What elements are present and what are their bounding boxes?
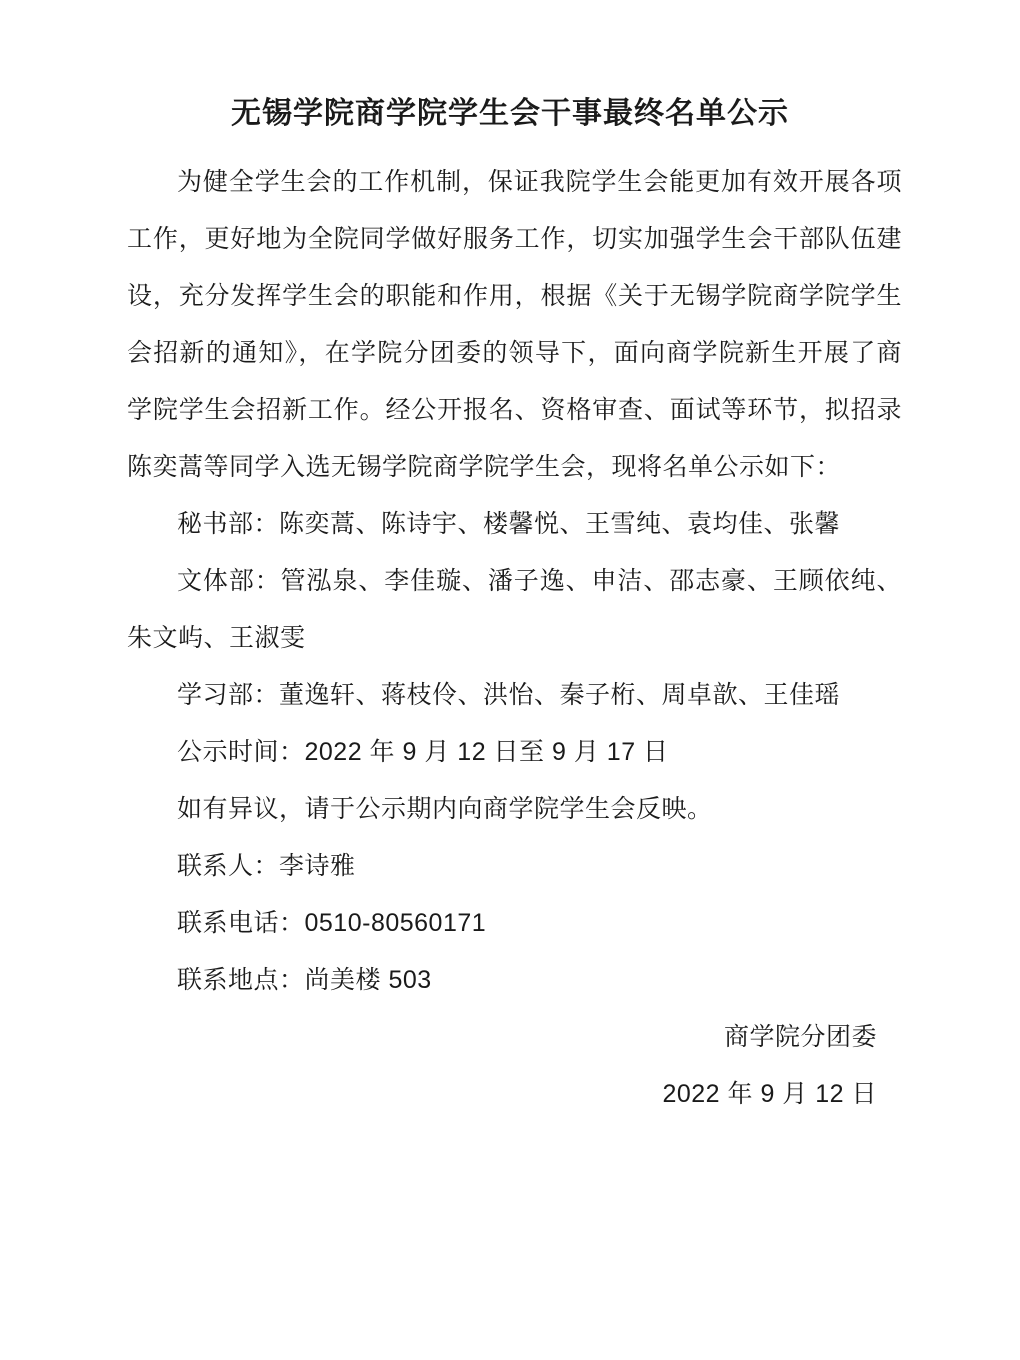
roster-culture-dept-line-2: 朱文屿、王淑雯 — [127, 610, 902, 667]
contact-location-line: 联系地点：尚美楼 503 — [127, 952, 902, 1009]
announcement-document: 无锡学院商学院学生会干事最终名单公示 为健全学生会的工作机制，保证我院学生会能更… — [0, 0, 1020, 1360]
intro-line-1: 为健全学生会的工作机制，保证我院学生会能更加有效开展各项 — [127, 154, 902, 211]
intro-line-3: 设，充分发挥学生会的职能和作用，根据《关于无锡学院商学院学生 — [127, 268, 902, 325]
objection-note-line: 如有异议，请于公示期内向商学院学生会反映。 — [127, 781, 902, 838]
signature-date: 2022 年 9 月 12 日 — [127, 1066, 902, 1123]
intro-line-2: 工作，更好地为全院同学做好服务工作，切实加强学生会干部队伍建 — [127, 211, 902, 268]
contact-phone-line: 联系电话：0510-80560171 — [127, 895, 902, 952]
roster-secretary-dept-line: 秘书部：陈奕蒿、陈诗宇、楼馨悦、王雪纯、袁均佳、张馨 — [127, 496, 902, 553]
document-body: 为健全学生会的工作机制，保证我院学生会能更加有效开展各项 工作，更好地为全院同学… — [0, 154, 1020, 1123]
intro-line-5: 学院学生会招新工作。经公开报名、资格审查、面试等环节，拟招录 — [127, 382, 902, 439]
roster-culture-dept-line-1: 文体部：管泓泉、李佳璇、潘子逸、申洁、邵志豪、王顾依纯、 — [127, 553, 902, 610]
intro-line-6: 陈奕蒿等同学入选无锡学院商学院学生会，现将名单公示如下： — [127, 439, 902, 496]
signature-organization: 商学院分团委 — [127, 1009, 902, 1066]
contact-person-line: 联系人：李诗雅 — [127, 838, 902, 895]
intro-line-4: 会招新的通知》，在学院分团委的领导下，面向商学院新生开展了商 — [127, 325, 902, 382]
roster-study-dept-line: 学习部：董逸轩、蒋枝伶、洪怡、秦子桁、周卓歆、王佳瑶 — [127, 667, 902, 724]
document-title: 无锡学院商学院学生会干事最终名单公示 — [0, 92, 1020, 136]
publicity-period-line: 公示时间：2022 年 9 月 12 日至 9 月 17 日 — [127, 724, 902, 781]
